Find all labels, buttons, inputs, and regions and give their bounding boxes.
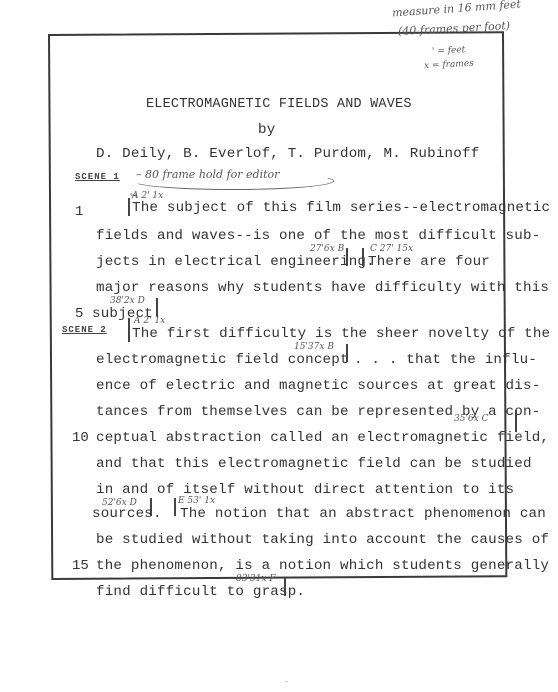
text-line: The first difficulty is the sheer novelt… <box>132 326 550 342</box>
text-line: in and of itself without direct attentio… <box>96 482 514 498</box>
scene-1-label: SCENE 1 <box>75 172 120 182</box>
text-line: There are four <box>368 254 490 270</box>
text-line: sources. <box>92 506 162 522</box>
cue-c2: 35'6x C <box>454 414 488 424</box>
cue-f2: 83'31x F <box>236 574 276 584</box>
text-line: the phenomenon, is a notion which studen… <box>96 558 549 574</box>
text-line: be studied without taking into account t… <box>96 532 549 548</box>
cut-bar <box>128 318 130 342</box>
cue-b1: 27'6x B <box>310 244 344 254</box>
text-line: ence of electric and magnetic sources at… <box>96 378 540 394</box>
authors: D. Deily, B. Everlof, T. Purdom, M. Rubi… <box>96 146 479 162</box>
text-line: jects in electrical engineering. <box>96 254 375 270</box>
cue-e2: E 53' 1x <box>178 496 215 506</box>
scan-speck: - <box>284 678 289 687</box>
cut-bar <box>284 578 286 596</box>
text-line: ceptual abstraction called an electromag… <box>96 430 549 446</box>
scene-1-note-loop <box>132 172 334 190</box>
cut-bar <box>346 248 348 266</box>
handwritten-note-measure: measure in 16 mm feet <box>392 0 522 19</box>
cut-bar <box>156 298 158 316</box>
line-number-10: 10 <box>72 430 89 446</box>
handwritten-note-feet: ' = feet <box>432 45 466 57</box>
cut-bar <box>515 410 517 432</box>
cue-c1: C 27' 15x <box>370 244 413 254</box>
byline-by: by <box>258 122 275 138</box>
cut-bar <box>174 498 176 516</box>
document-title: ELECTROMAGNETIC FIELDS AND WAVES <box>146 97 412 112</box>
line-number-1: 1 <box>75 204 83 220</box>
line-number-5: 5 <box>75 306 83 322</box>
text-line: The notion that an abstract phenomenon c… <box>180 506 546 522</box>
text-line: major reasons why students have difficul… <box>96 280 549 296</box>
cut-bar <box>128 198 130 216</box>
cut-bar <box>346 344 348 362</box>
text-line: fields and waves--is one of the most dif… <box>96 228 540 244</box>
text-line: The subject of this film series--electro… <box>132 200 550 216</box>
line-number-15: 15 <box>72 558 89 574</box>
cue-b2: 15'37x B <box>294 342 334 352</box>
text-line: find difficult to grasp. <box>96 584 305 600</box>
scene-2-label: SCENE 2 <box>62 325 107 335</box>
text-line: and that this electromagnetic field can … <box>96 456 532 472</box>
text-line: electromagnetic field concept <box>96 352 349 368</box>
cue-a2: A 2' 1x <box>134 316 165 326</box>
cut-bar <box>362 248 364 266</box>
text-line: . . . that the influ- <box>354 352 537 368</box>
cue-d1: 38'2x D <box>110 296 145 306</box>
